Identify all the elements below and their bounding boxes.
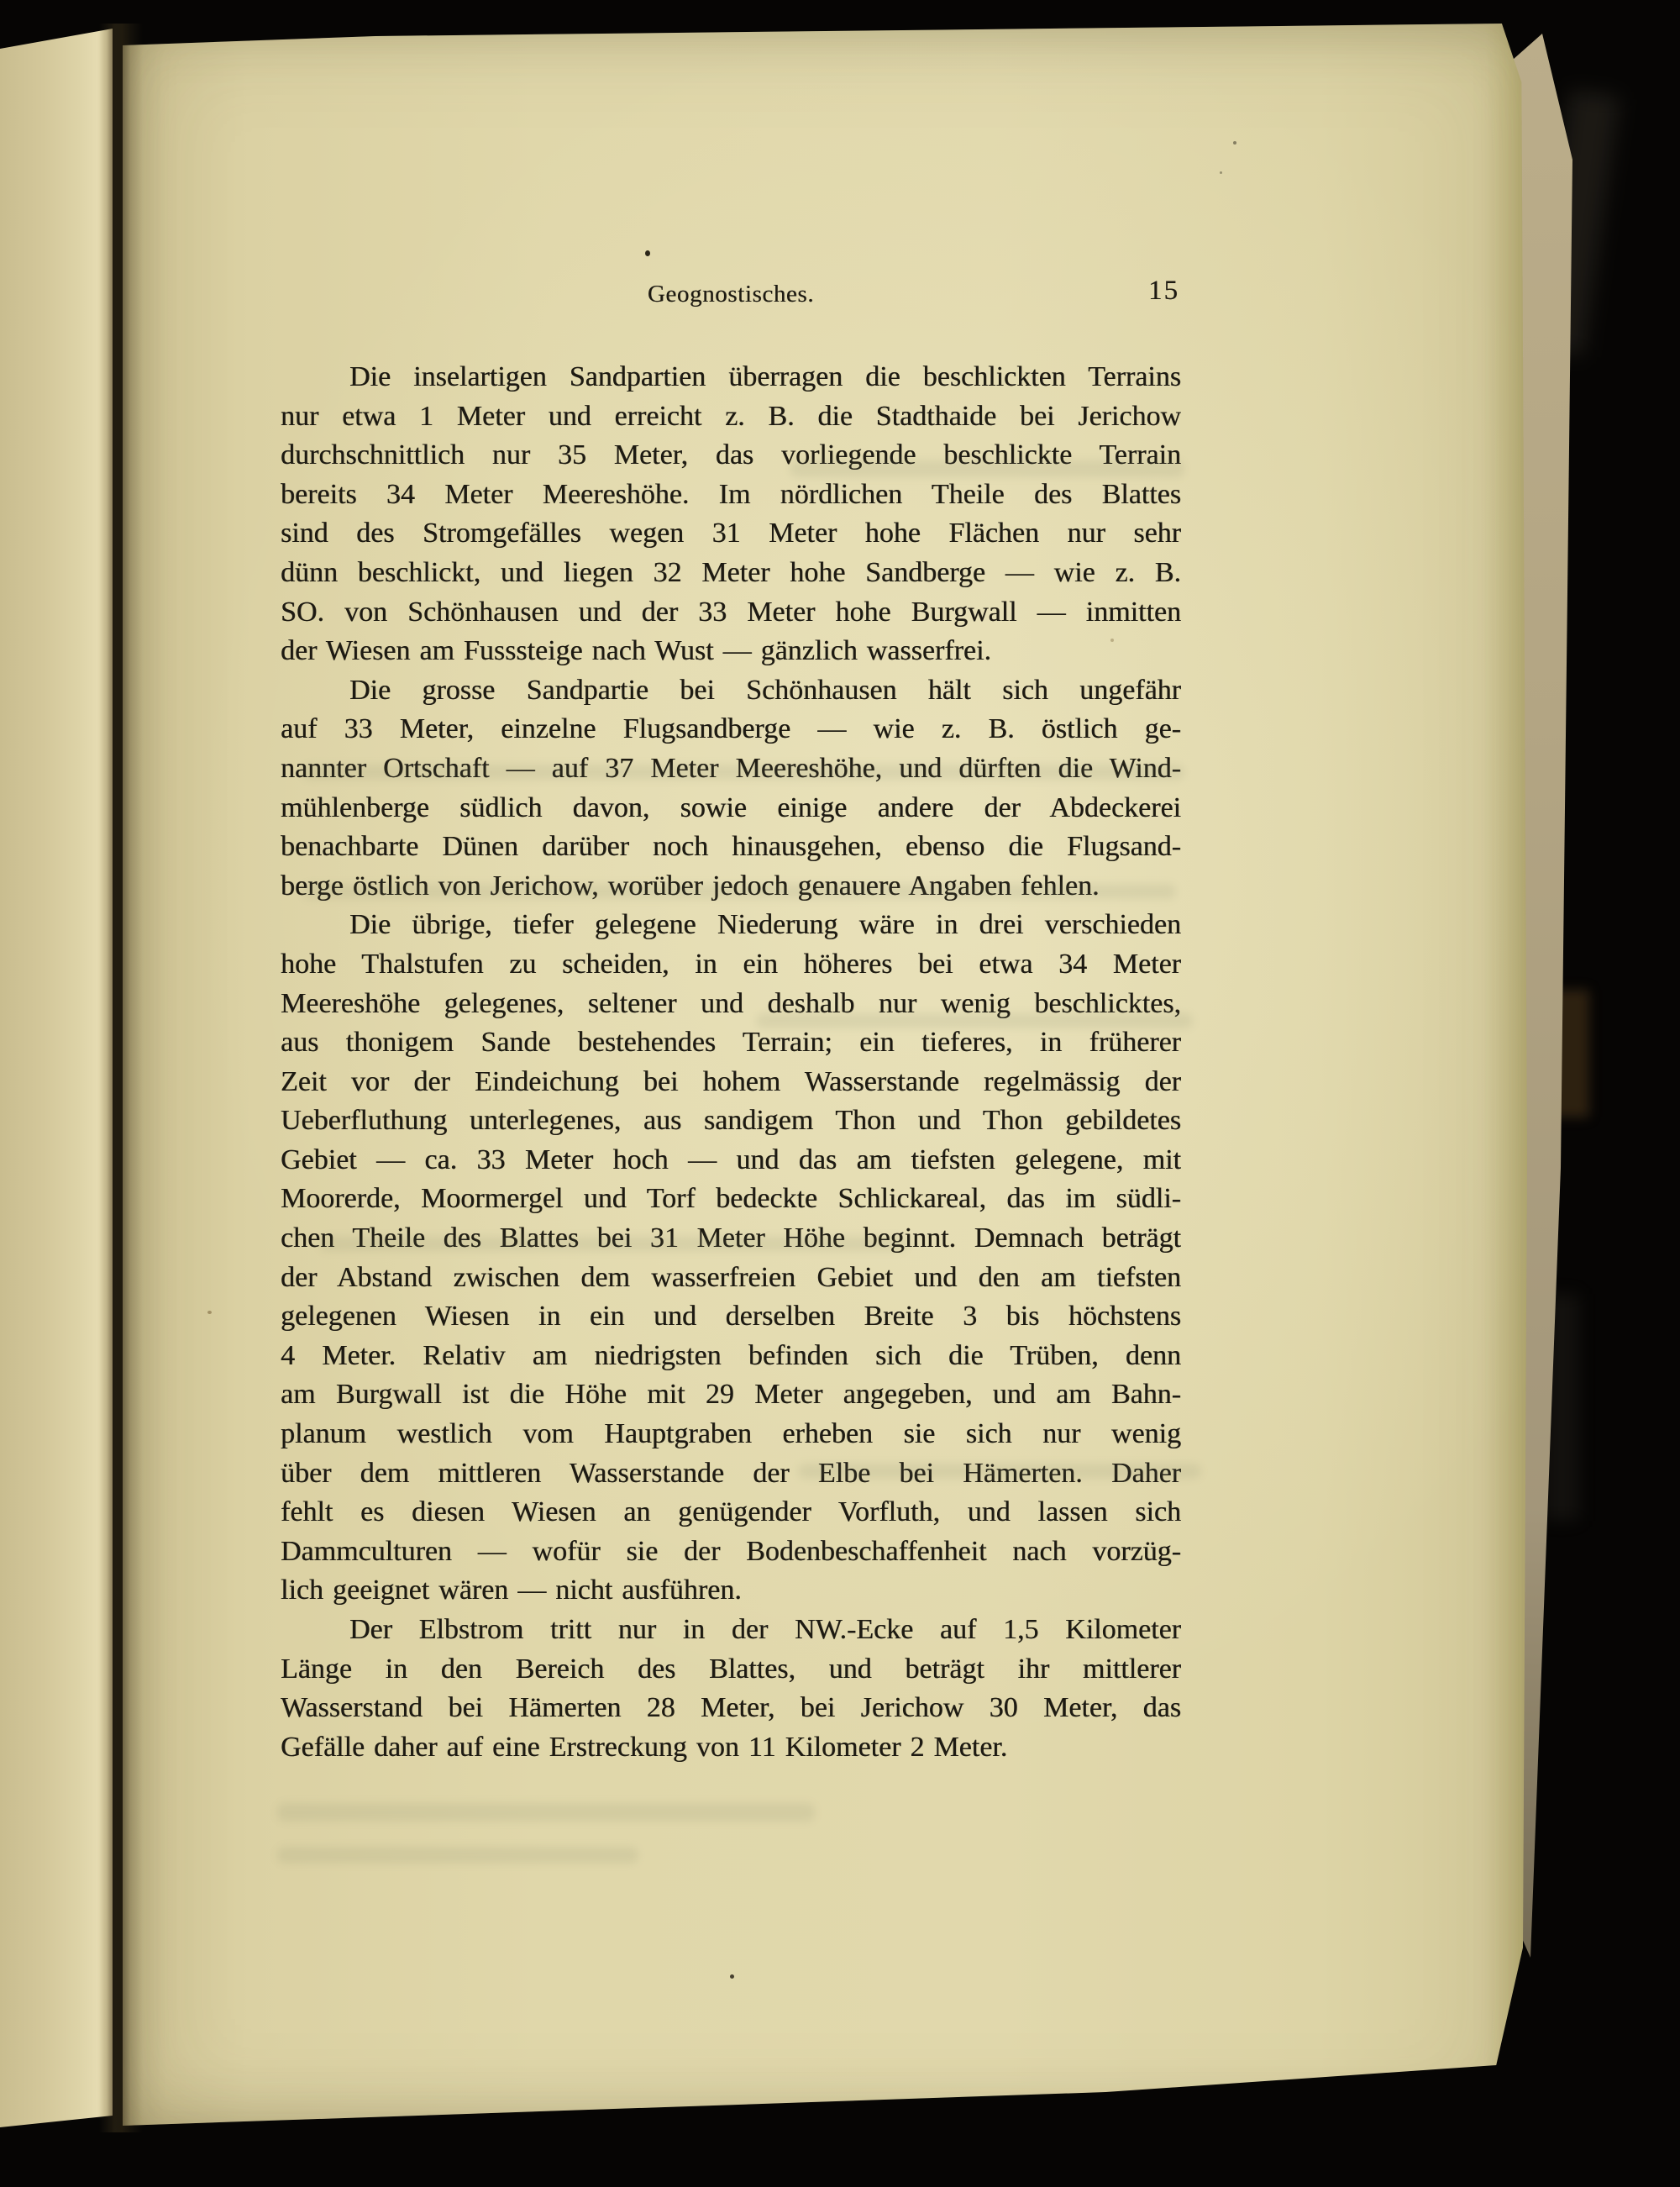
- text-line: durchschnittlich nur 35 Meter, das vorli…: [281, 436, 1181, 476]
- foxing-speck: [1110, 639, 1114, 642]
- text-line: Wasserstand bei Hämerten 28 Meter, bei J…: [281, 1689, 1181, 1728]
- text-line: Die grosse Sandpartie bei Schönhausen hä…: [281, 671, 1181, 711]
- foxing-speck: [207, 1311, 212, 1314]
- text-line: SO. von Schönhausen und der 33 Meter hoh…: [281, 593, 1181, 633]
- text-line: gelegenen Wiesen in ein und derselben Br…: [281, 1297, 1181, 1337]
- text-line: nur etwa 1 Meter und erreicht z. B. die …: [281, 397, 1181, 437]
- text-line: sind des Stromgefälles wegen 31 Meter ho…: [281, 514, 1181, 554]
- running-header-title: Geognostisches.: [281, 281, 1181, 308]
- text-line: berge östlich von Jerichow, worüber jedo…: [281, 867, 1181, 907]
- text-line: Die inselartigen Sandpartien überragen d…: [281, 358, 1181, 397]
- ink-speck: [645, 250, 650, 256]
- text-line: 4 Meter. Relativ am niedrigsten befinden…: [281, 1337, 1181, 1376]
- book-page: Geognostisches. 15 Die inselartigen Sand…: [123, 24, 1527, 2137]
- text-line: Moorerde, Moormergel und Torf bedeckte S…: [281, 1180, 1181, 1219]
- ink-speck: [730, 1974, 734, 1979]
- text-line: Der Elbstrom tritt nur in der NW.-Ecke a…: [281, 1611, 1181, 1650]
- text-line: am Burgwall ist die Höhe mit 29 Meter an…: [281, 1375, 1181, 1415]
- text-line: aus thonigem Sande bestehendes Terrain; …: [281, 1023, 1181, 1063]
- text-line: Zeit vor der Eindeichung bei hohem Wasse…: [281, 1063, 1181, 1102]
- ink-speck: [1220, 171, 1222, 174]
- previous-page-edge: [0, 29, 113, 2127]
- text-line: lich geeignet wären — nicht ausführen.: [281, 1571, 1181, 1611]
- text-line: Gebiet — ca. 33 Meter hoch — und das am …: [281, 1141, 1181, 1180]
- text-line: hohe Thalstufen zu scheiden, in ein höhe…: [281, 945, 1181, 985]
- ink-speck: [1233, 141, 1236, 145]
- text-line: bereits 34 Meter Meereshöhe. Im nördlich…: [281, 476, 1181, 515]
- text-line: Dammculturen — wofür sie der Bodenbescha…: [281, 1532, 1181, 1572]
- body-text: Die inselartigen Sandpartien überragen d…: [281, 358, 1181, 1767]
- text-line: auf 33 Meter, einzelne Flugsandberge — w…: [281, 710, 1181, 749]
- text-line: dünn beschlickt, und liegen 32 Meter hoh…: [281, 554, 1181, 593]
- text-line: mühlenberge südlich davon, sowie einige …: [281, 789, 1181, 828]
- text-line: über dem mittleren Wasserstande der Elbe…: [281, 1454, 1181, 1494]
- text-line: Die übrige, tiefer gelegene Niederung wä…: [281, 906, 1181, 945]
- text-line: benachbarte Dünen darüber noch hinausgeh…: [281, 828, 1181, 867]
- paragraph: Der Elbstrom tritt nur in der NW.-Ecke a…: [281, 1611, 1181, 1767]
- text-line: Ueberfluthung unterlegenes, aus sandigem…: [281, 1101, 1181, 1141]
- text-line: chen Theile des Blattes bei 31 Meter Höh…: [281, 1219, 1181, 1259]
- page-number: 15: [1148, 276, 1179, 307]
- text-line: fehlt es diesen Wiesen an genügender Vor…: [281, 1493, 1181, 1532]
- text-line: der Wiesen am Fusssteige nach Wust — gän…: [281, 632, 1181, 671]
- text-line: planum westlich vom Hauptgraben erheben …: [281, 1415, 1181, 1454]
- text-line: nannter Ortschaft — auf 37 Meter Meeresh…: [281, 749, 1181, 789]
- book-scan: Geognostisches. 15 Die inselartigen Sand…: [0, 0, 1680, 2187]
- text-line: Gefälle daher auf eine Erstreckung von 1…: [281, 1728, 1181, 1768]
- paragraph: Die inselartigen Sandpartien überragen d…: [281, 358, 1181, 671]
- text-line: der Abstand zwischen dem wasserfreien Ge…: [281, 1259, 1181, 1298]
- text-line: Meereshöhe gelegenes, seltener und desha…: [281, 985, 1181, 1024]
- paragraph: Die grosse Sandpartie bei Schönhausen hä…: [281, 671, 1181, 907]
- page-header: Geognostisches. 15: [281, 281, 1181, 321]
- text-line: Länge in den Bereich des Blattes, und be…: [281, 1650, 1181, 1690]
- paragraph: Die übrige, tiefer gelegene Niederung wä…: [281, 906, 1181, 1611]
